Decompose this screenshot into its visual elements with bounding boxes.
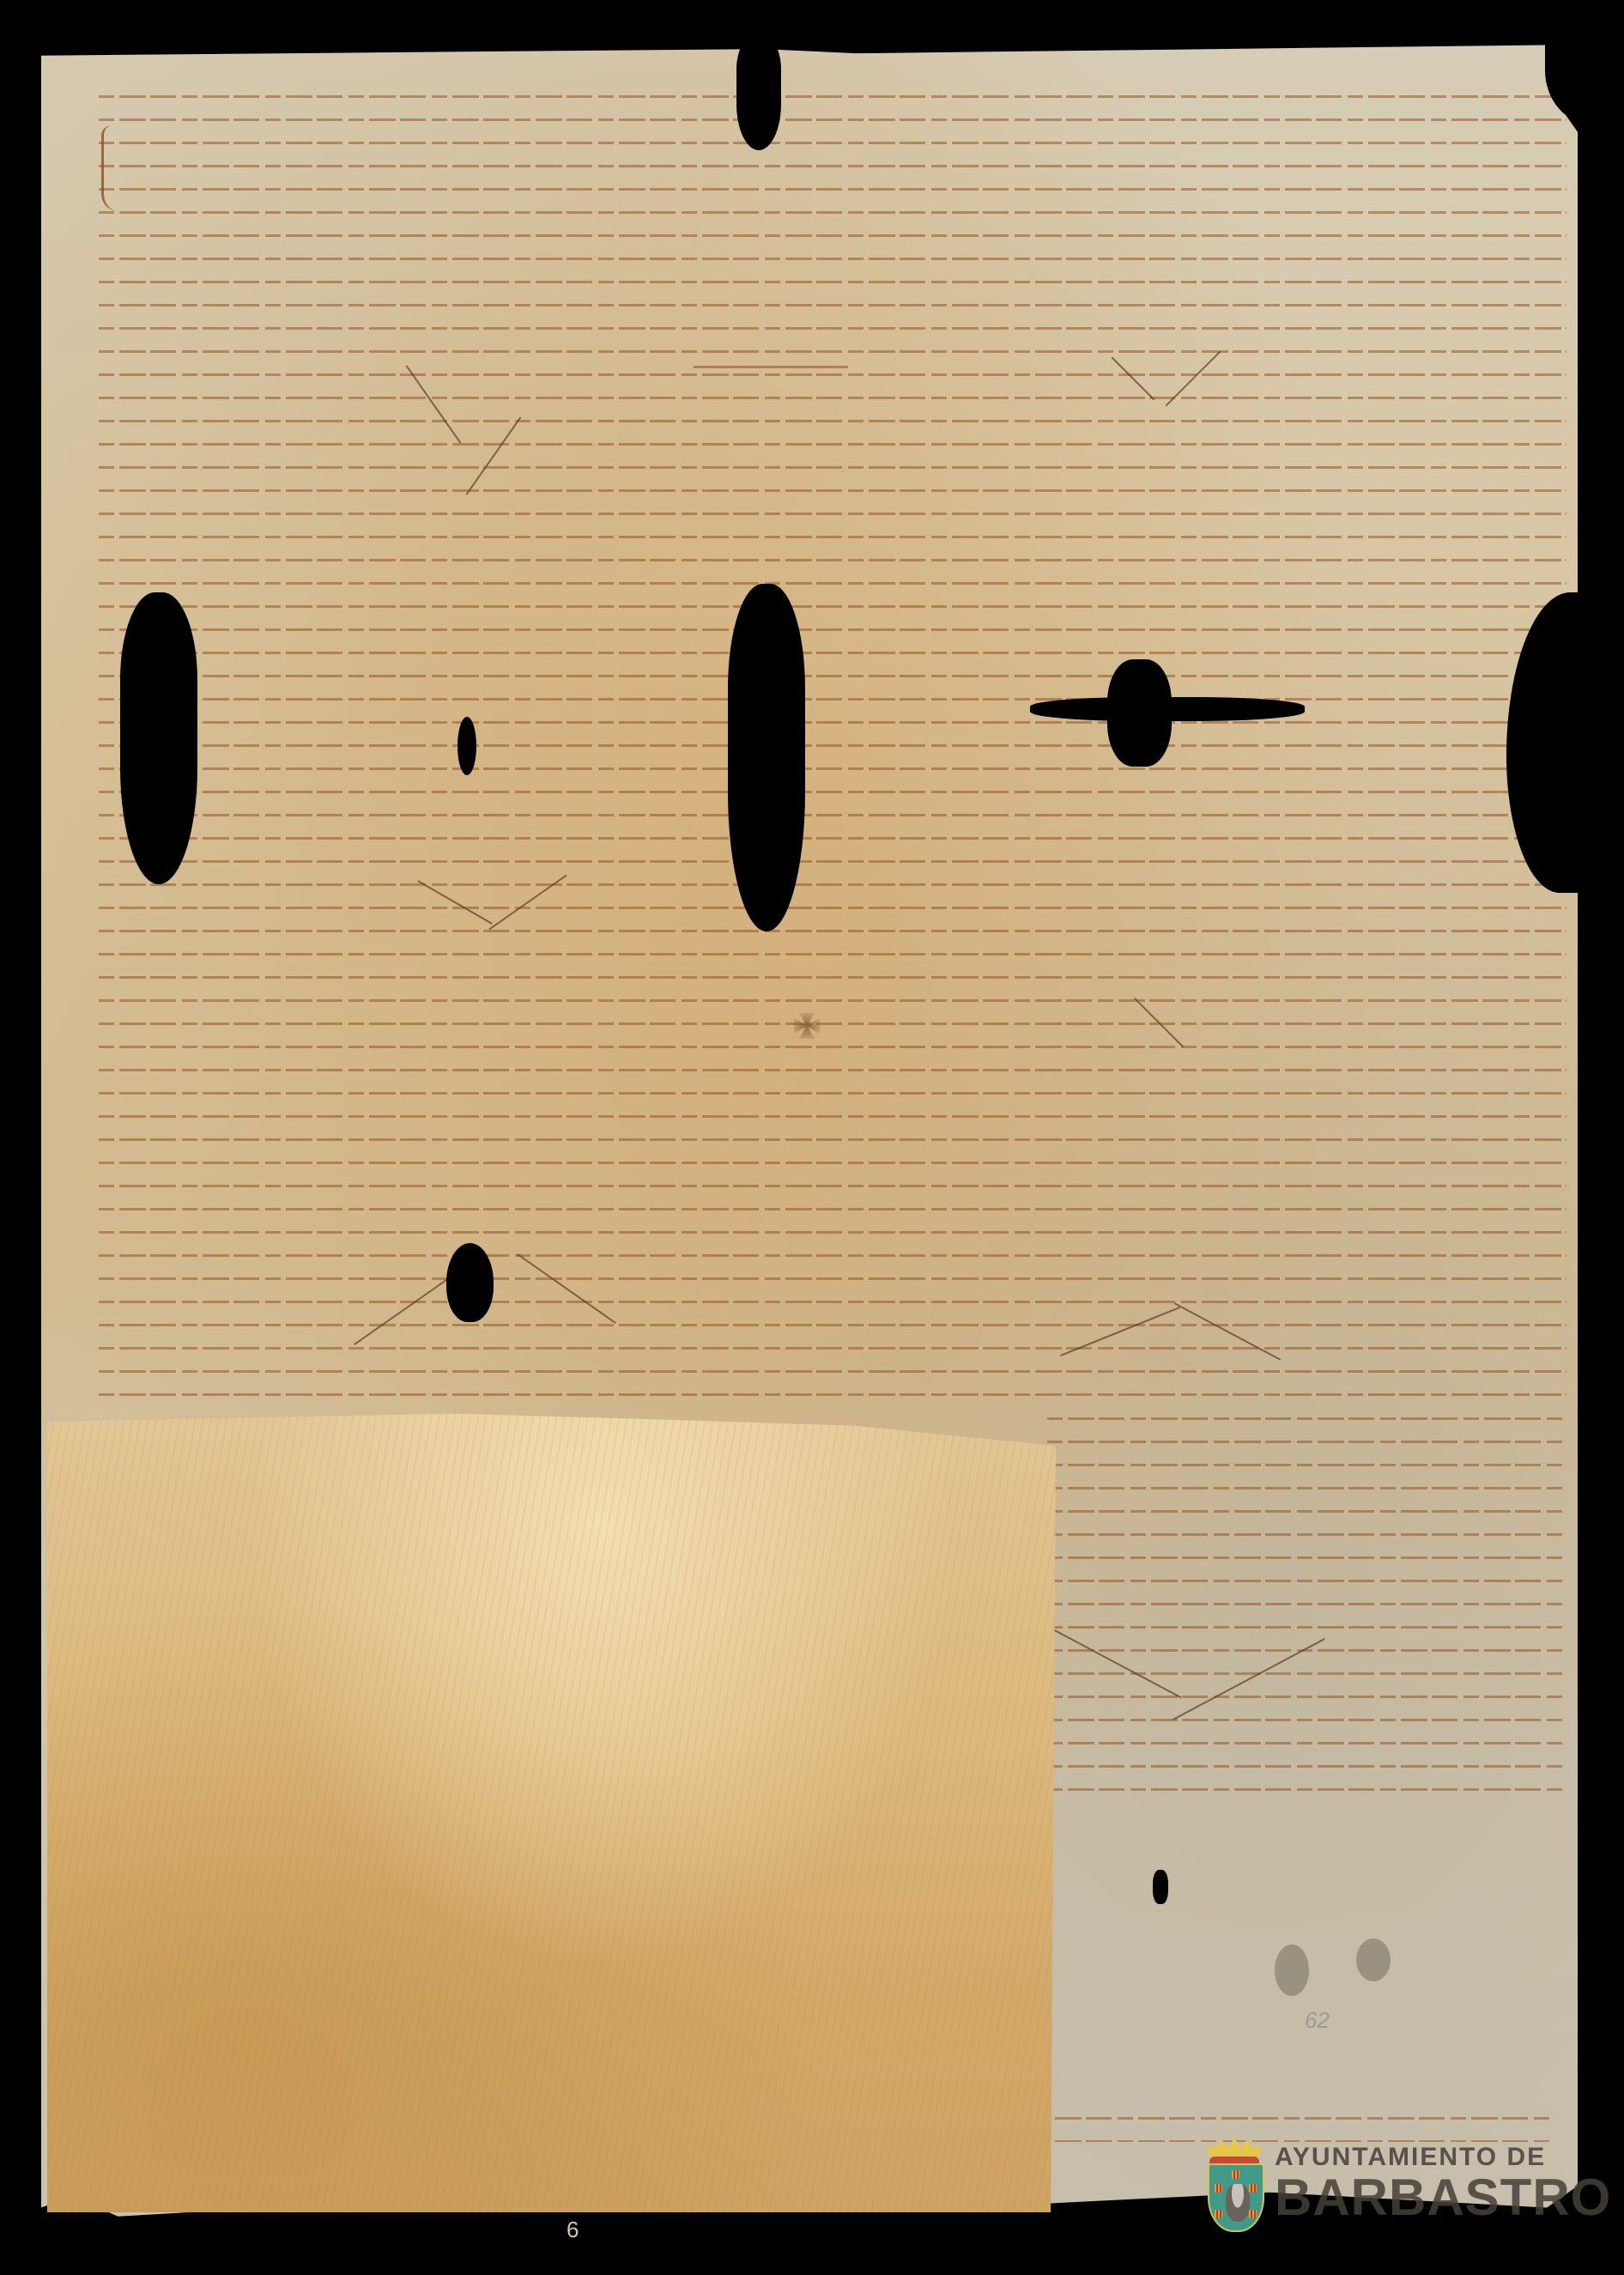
coat-of-arms-icon [1206,2138,1263,2230]
emphasized-word [694,342,848,368]
edge-mark: 6 [567,2217,579,2243]
bearded-head-icon [1226,2184,1250,2222]
burn-hole [1153,1870,1168,1904]
ink-stain [1356,1938,1391,1981]
watermark-text: AYUNTAMIENTO DE BARBASTRO [1275,2145,1611,2223]
burn-hole [1107,659,1172,767]
handwritten-text-continuation [1047,1408,1562,1811]
aragon-bars-icon [1249,2210,1257,2218]
burn-hole [728,584,805,931]
ink-stain [1275,1944,1309,1996]
decorated-initial-letter [101,125,130,211]
burn-hole [120,592,197,884]
watermark-line2: BARBASTRO [1275,2172,1611,2223]
burn-hole [458,717,476,775]
patch-texture [47,1410,1056,2212]
aragon-bars-icon [1232,2170,1239,2179]
handwritten-closing-lines [1034,2108,1549,2142]
shield-icon [1208,2163,1264,2232]
aragon-bars-icon [1249,2184,1257,2193]
archive-number: 62 [1305,2007,1330,2034]
watermark-line1: AYUNTAMIENTO DE [1275,2145,1611,2170]
attached-parchment-patch [47,1410,1056,2212]
institution-watermark: AYUNTAMIENTO DE BARBASTRO [1206,2138,1611,2230]
handwritten-text-body [99,86,1566,1408]
crown-icon [1209,2138,1260,2157]
aragon-bars-icon [1215,2184,1222,2193]
burn-hole [446,1243,494,1322]
aragon-bars-icon [1215,2210,1222,2218]
burn-hole [736,34,781,150]
